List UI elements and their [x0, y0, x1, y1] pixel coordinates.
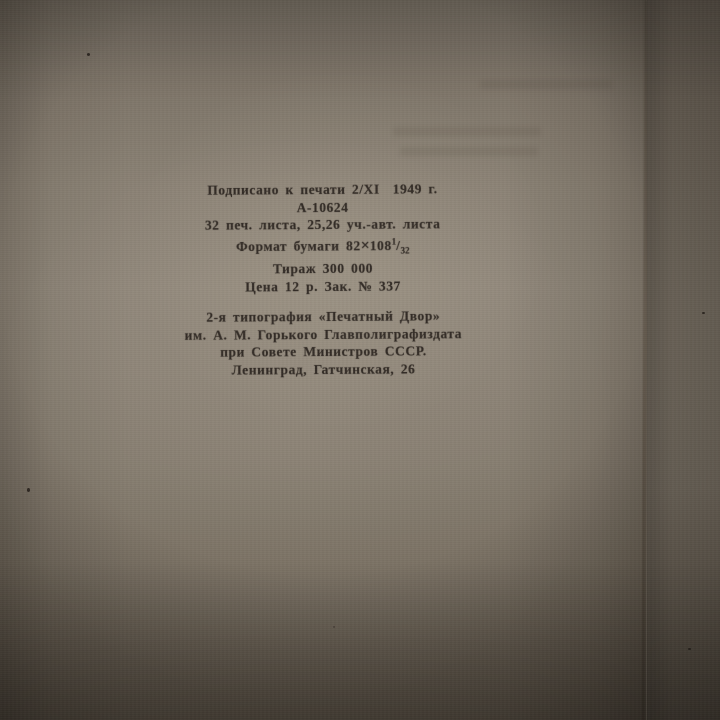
- format-fraction-denominator: 32: [401, 245, 410, 255]
- book-page-photo: Подписано к печати 2/XI 1949 г. А-10624 …: [0, 0, 720, 720]
- underlying-page: [647, 0, 720, 720]
- paper-speck: [702, 312, 705, 314]
- imprint-line-paper-format: Формат бумаги 82×1081/32: [0, 232, 646, 263]
- paper-speck: [333, 626, 335, 628]
- show-through-text-smudge: [480, 80, 612, 89]
- paper-speck: [27, 488, 30, 492]
- paper-speck: [688, 648, 691, 650]
- show-through-text-smudge: [393, 127, 541, 136]
- paper-speck: [87, 53, 90, 56]
- multiplication-sign: ×: [361, 237, 370, 254]
- format-base: 108: [370, 238, 392, 253]
- show-through-text-smudge: [400, 147, 538, 156]
- imprint-line-price: Цена 12 р. Зак. № 337: [0, 276, 646, 297]
- printer-block: 2-я типография «Печатный Двор» им. А. М.…: [0, 306, 646, 380]
- format-prefix: Формат бумаги 82: [236, 238, 361, 254]
- imprint-block: Подписано к печати 2/XI 1949 г. А-10624 …: [0, 179, 647, 380]
